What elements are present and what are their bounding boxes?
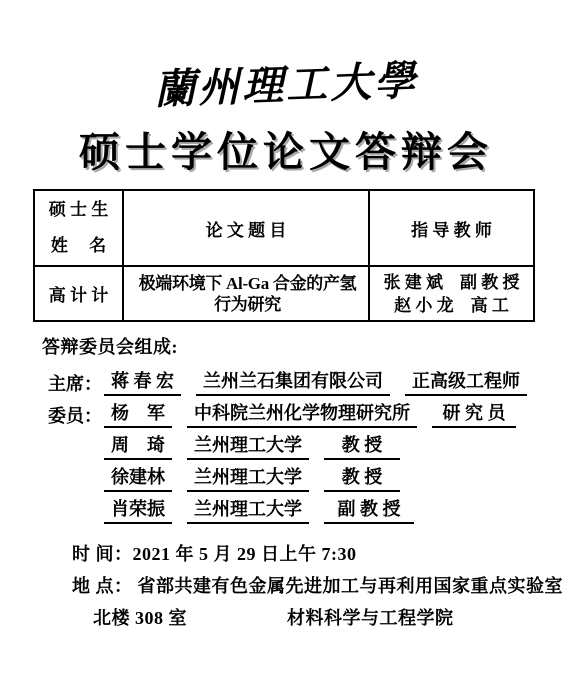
member-title: 正高级工程师 (405, 367, 527, 396)
member-title: 副 教 授 (324, 495, 414, 524)
member-affiliation: 兰州理工大学 (187, 463, 309, 492)
member-title: 教 授 (324, 431, 400, 460)
member-name: 周 琦 (104, 431, 172, 460)
time-value: 2021 年 5 月 29 日上午 7:30 (133, 544, 357, 564)
member-name: 肖荣振 (104, 495, 172, 524)
advisor-line1: 张 建 斌 副 教 授 (370, 271, 533, 294)
defense-announcement-page: { "page": { "logo": "蘭州理工大學", "title": "… (0, 0, 572, 691)
table-data-row: 高 计 计 极端环境下 Al-Ga 合金的产氢 行为研究 张 建 斌 副 教 授… (34, 266, 534, 321)
committee-row-member: 徐建林 兰州理工大学 教 授 (48, 469, 572, 492)
header-advisor: 指 导 教 师 (369, 190, 534, 266)
committee-list: 主席： 蒋 春 宏 兰州兰石集团有限公司 正高级工程师 委员： 杨 军 中科院兰… (48, 373, 572, 524)
member-affiliation: 兰州兰石集团有限公司 (196, 367, 390, 396)
header-student-line2: 姓 名 (35, 236, 122, 256)
committee-heading: 答辩委员会组成: (42, 333, 572, 359)
defense-info-table: 硕 士 生 姓 名 论 文 题 目 指 导 教 师 高 计 计 极端环境下 Al… (33, 189, 535, 322)
place-row2: 北楼 308 室材料科学与工程学院 (93, 604, 572, 627)
time-label: 时 间： (72, 544, 133, 564)
cell-thesis-title: 极端环境下 Al-Ga 合金的产氢 行为研究 (123, 266, 369, 321)
schedule-block: 时 间：2021 年 5 月 29 日上午 7:30 地 点： 省部共建有色金属… (72, 540, 572, 627)
place-value: 省部共建有色金属先进加工与再利用国家重点实验室 (138, 576, 564, 596)
member-affiliation: 中科院兰州化学物理研究所 (187, 399, 417, 428)
header-thesis-title: 论 文 题 目 (123, 190, 369, 266)
university-calligraphy-logo: 蘭州理工大學 (0, 42, 572, 121)
member-name: 蒋 春 宏 (104, 367, 181, 396)
thesis-title-line1: 极端环境下 Al-Ga 合金的产氢 (129, 273, 366, 294)
member-name: 徐建林 (104, 463, 172, 492)
place-row: 地 点： 省部共建有色金属先进加工与再利用国家重点实验室 (72, 572, 572, 595)
member-title: 教 授 (324, 463, 400, 492)
time-row: 时 间：2021 年 5 月 29 日上午 7:30 (72, 540, 572, 563)
member-label: 委员： (48, 402, 104, 428)
header-student-line1: 硕 士 生 (35, 200, 122, 220)
committee-row-member: 委员： 杨 军 中科院兰州化学物理研究所 研 究 员 (48, 405, 572, 428)
page-title: 硕士学位论文答辩会 (0, 119, 572, 178)
committee-row-member: 肖荣振 兰州理工大学 副 教 授 (48, 501, 572, 524)
cell-student-name: 高 计 计 (34, 266, 123, 321)
committee-row-member: 周 琦 兰州理工大学 教 授 (48, 437, 572, 460)
advisor-line2: 赵 小 龙 高 工 (370, 294, 533, 317)
cell-advisors: 张 建 斌 副 教 授 赵 小 龙 高 工 (369, 266, 534, 321)
place-room: 北楼 308 室 (93, 608, 187, 628)
place-college: 材料科学与工程学院 (287, 604, 454, 630)
committee-row-chair: 主席： 蒋 春 宏 兰州兰石集团有限公司 正高级工程师 (48, 373, 572, 396)
member-title: 研 究 员 (432, 399, 516, 428)
place-label: 地 点： (72, 576, 138, 596)
thesis-title-line2: 行为研究 (129, 294, 366, 315)
table-header-row: 硕 士 生 姓 名 论 文 题 目 指 导 教 师 (34, 190, 534, 266)
header-student-name: 硕 士 生 姓 名 (34, 190, 123, 266)
member-name: 杨 军 (104, 399, 172, 428)
member-affiliation: 兰州理工大学 (187, 495, 309, 524)
member-affiliation: 兰州理工大学 (187, 431, 309, 460)
chair-label: 主席： (48, 370, 104, 396)
